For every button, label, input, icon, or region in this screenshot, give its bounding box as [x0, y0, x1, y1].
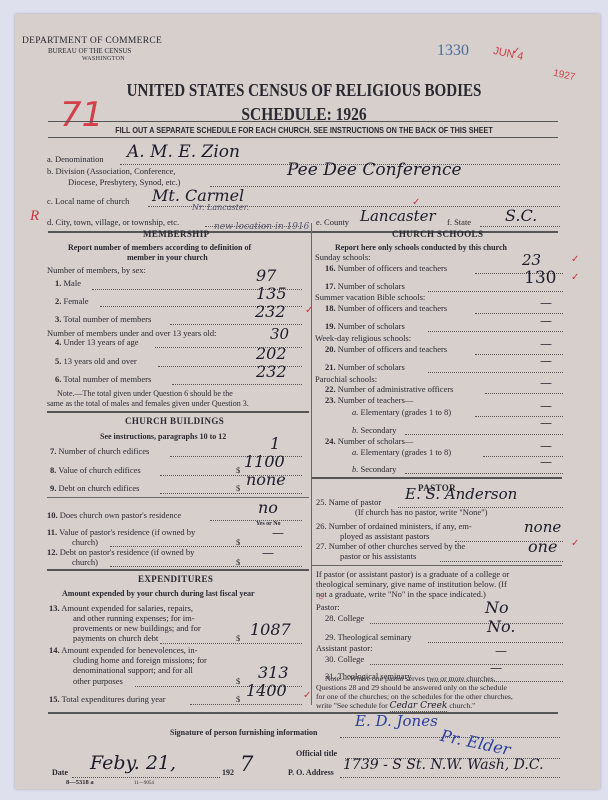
check-mark-icon: ✓	[571, 254, 579, 265]
q14-line-4: other purposes	[73, 676, 123, 686]
membership-note-2: same as the total of males and females g…	[47, 399, 249, 408]
q13-line-3: provements or new buildings; and for	[73, 623, 201, 633]
pastor-note-2: Questions 28 and 29 should be answered o…	[316, 683, 507, 692]
field-line	[160, 493, 302, 494]
summer-scholars-field[interactable]: —	[540, 314, 552, 328]
field-line	[428, 372, 563, 373]
graduate-instruction-3: not a graduate, write "No" in the space …	[316, 589, 486, 599]
field-line	[485, 393, 563, 394]
city-field[interactable]: Nr. Lancaster.	[192, 203, 249, 212]
r-mark: R	[30, 208, 39, 225]
pastor-college-field[interactable]: No	[485, 598, 509, 617]
assistant-seminary-field[interactable]: —	[490, 661, 502, 675]
year-prefix: 192	[222, 768, 234, 777]
q11-number: 11.	[47, 527, 57, 537]
edifice-value-field[interactable]: 1100	[244, 452, 285, 471]
expenditures-subtitle: Amount expended by your church during la…	[62, 589, 255, 598]
q8-label: Value of church edifices	[58, 465, 140, 475]
field-line	[428, 291, 563, 292]
bureau-label: BUREAU OF THE CENSUS	[48, 47, 131, 55]
q23b-label: Secondary	[361, 425, 397, 435]
pastor-note-1: Note.—Where one pastor serves two or mor…	[325, 674, 496, 683]
check-mark-icon: ✓	[571, 538, 579, 549]
residence-value-field[interactable]: —	[272, 526, 284, 540]
q25-label: 25. Name of pastor	[316, 497, 381, 507]
field-line	[428, 331, 563, 332]
check-mark-icon: ✓	[305, 305, 313, 316]
q19-number: 19.	[325, 321, 336, 331]
year-field[interactable]: 7	[240, 752, 253, 776]
q12-number: 12.	[47, 547, 58, 557]
buildings-title: CHURCH BUILDINGS	[125, 416, 224, 426]
check-mark-icon: ✓	[512, 46, 520, 57]
admin-officers-field[interactable]: —	[540, 376, 552, 390]
field-line	[110, 566, 302, 567]
q23a-letter: a.	[352, 407, 358, 417]
total-expenditures-field[interactable]: 1400	[246, 681, 287, 700]
column-divider	[311, 223, 312, 705]
q28-label: 28. College	[325, 613, 364, 623]
q24a-letter: a.	[352, 447, 358, 457]
membership-subtitle-2: member in your church	[127, 253, 208, 262]
q18-number: 18.	[325, 303, 336, 313]
q1-number: 1.	[55, 278, 61, 288]
q11-label-2: church)	[72, 537, 98, 547]
graduate-instruction-2: theological seminary, give name of insti…	[316, 579, 507, 589]
q15-label: Total expenditures during year	[62, 694, 166, 704]
denomination-field[interactable]: A. M. E. Zion	[127, 142, 240, 162]
q9-label: Debt on church edifices	[59, 483, 140, 493]
denomination-label: a. Denomination	[47, 154, 104, 164]
state-field[interactable]: S.C.	[505, 206, 537, 225]
circle-mark-icon: ○	[318, 592, 324, 603]
q6-number: 6.	[55, 374, 61, 384]
q21-number: 21.	[325, 362, 336, 372]
q15-number: 15.	[49, 694, 60, 704]
other-churches-field[interactable]: one	[528, 537, 557, 556]
schools-title: CHURCH SCHOOLS	[392, 229, 483, 239]
divider	[48, 712, 558, 714]
date-field[interactable]: Feby. 21,	[90, 752, 176, 774]
q23a-label: Elementary (grades 1 to 8)	[361, 407, 452, 417]
membership-title: MEMBERSHIP	[143, 229, 210, 239]
salaries-expense-field[interactable]: 1087	[250, 620, 291, 639]
q3-number: 3.	[55, 314, 61, 324]
field-line	[405, 434, 563, 435]
q25-hint: (If church has no pastor, write "None")	[355, 507, 487, 517]
signature-field[interactable]: E. D. Jones	[355, 712, 438, 730]
q14-number: 14.	[49, 645, 60, 655]
q2-number: 2.	[55, 296, 61, 306]
male-field[interactable]: 97	[256, 266, 276, 285]
church-edifices-field[interactable]: 1	[270, 434, 280, 453]
q6-label: Total number of members	[63, 374, 151, 384]
city-field-label: d. City, town, village, or township, etc…	[47, 217, 179, 227]
pastor-note-4: write "See schedule for	[316, 701, 388, 710]
divider	[48, 137, 558, 138]
check-mark-icon: ✓	[571, 272, 579, 283]
q21-label: Number of scholars	[338, 362, 405, 372]
q26-label: 26. Number of ordained ministers, if any…	[316, 521, 472, 531]
field-line	[370, 664, 563, 665]
date-label: Date	[52, 768, 68, 777]
weekday-schools-label: Week-day religious schools:	[315, 333, 411, 343]
sunday-teachers-field[interactable]: 23	[522, 251, 541, 269]
instruction-banner: FILL OUT A SEPARATE SCHEDULE FOR EACH CH…	[46, 125, 563, 135]
q24-label: Number of scholars—	[338, 436, 414, 446]
q22-label: Number of administrative officers	[338, 384, 454, 394]
field-line	[340, 777, 560, 778]
summer-schools-label: Summer vacation Bible schools:	[315, 292, 425, 302]
q10-label: Does church own pastor's residence	[60, 510, 181, 520]
q24-number: 24.	[325, 436, 336, 446]
pastor-note-4-end: church."	[449, 701, 475, 710]
q13-number: 13.	[49, 603, 60, 613]
field-line	[160, 643, 302, 644]
q9-number: 9.	[50, 483, 56, 493]
schools-subtitle: Report here only schools conducted by th…	[335, 243, 507, 252]
q23-number: 23.	[325, 395, 336, 405]
q11-label: Value of pastor's residence (if owned by	[59, 527, 195, 537]
q26-label-2: ployed as assistant pastors	[340, 531, 429, 541]
field-line	[405, 473, 563, 474]
divider	[47, 411, 309, 413]
pastor-seminary-field[interactable]: No.	[487, 617, 515, 636]
q14-line-2: cluding home and foreign missions; for	[73, 655, 207, 665]
expenditures-title: EXPENDITURES	[138, 574, 213, 584]
assistant-college-field[interactable]: —	[495, 644, 507, 658]
field-line	[480, 226, 560, 227]
owns-residence-field[interactable]: no	[258, 498, 278, 517]
official-title-label: Official title	[296, 749, 337, 758]
q14-line-3: denominational support; and for all	[73, 665, 193, 675]
field-line	[210, 186, 560, 187]
sunday-schools-label: Sunday schools:	[315, 252, 371, 262]
residence-debt-field[interactable]: —	[262, 546, 274, 560]
stamp-number: 1330	[437, 42, 469, 60]
summer-teachers-field[interactable]: —	[540, 296, 552, 310]
secondary-scholars-field[interactable]: —	[540, 455, 552, 469]
membership-subtitle: Report number of members according to de…	[68, 243, 251, 252]
q14-line-1: Amount expended for benevolences, in-	[61, 645, 197, 655]
benevolences-field[interactable]: 313	[258, 663, 289, 682]
pastor-name-field[interactable]: E. S. Anderson	[405, 485, 517, 503]
field-line	[428, 642, 563, 643]
sunday-scholars-field[interactable]: 130	[524, 268, 556, 288]
q24a-label: Elementary (grades 1 to 8)	[361, 447, 452, 457]
graduate-instruction-1: If pastor (or assistant pastor) is a gra…	[316, 569, 509, 579]
q27-label: 27. Number of other churches served by t…	[316, 541, 465, 551]
q13-line-2: and other running expenses; for im-	[73, 613, 195, 623]
q17-label: Number of scholars	[338, 281, 405, 291]
form-code: 8—5318 a	[66, 779, 94, 786]
dollar-sign: $	[236, 633, 240, 643]
q7-label: Number of church edifices	[59, 446, 150, 456]
q13-line-1: Amount expended for salaries, repairs,	[61, 603, 193, 613]
q17-number: 17.	[325, 281, 336, 291]
q7-number: 7.	[50, 446, 56, 456]
secondary-teachers-field[interactable]: —	[540, 416, 552, 430]
county-field[interactable]: Lancaster	[360, 207, 436, 225]
q20-number: 20.	[325, 344, 336, 354]
po-address-label: P. O. Address	[288, 768, 334, 777]
q16-number: 16.	[325, 263, 336, 273]
q2-label: Female	[64, 296, 89, 306]
signature-label: Signature of person furnishing informati…	[170, 728, 317, 737]
q3-label: Total number of members	[63, 314, 151, 324]
q24b-letter: b.	[352, 464, 358, 474]
q5-label: 13 years old and over	[64, 356, 137, 366]
total-members-field[interactable]: 232	[255, 302, 286, 321]
field-line	[172, 384, 302, 385]
assistant-ministers-field[interactable]: none	[524, 518, 561, 536]
q4-label: Under 13 years of age	[64, 337, 139, 347]
divider	[48, 121, 558, 122]
divider	[312, 565, 562, 566]
field-line	[440, 561, 563, 562]
field-line	[72, 777, 220, 778]
division-label: b. Division (Association, Conference,	[47, 166, 175, 176]
female-field[interactable]: 135	[256, 284, 287, 303]
dollar-sign: $	[236, 694, 240, 704]
q12-label-2: church)	[72, 557, 98, 567]
pastor-sublabel: Pastor:	[316, 602, 340, 612]
divider	[47, 569, 309, 571]
elementary-teachers-field[interactable]: —	[540, 399, 552, 413]
q30-label: 30. College	[325, 654, 364, 664]
q16-label: Number of officers and teachers	[338, 263, 447, 273]
q5-number: 5.	[55, 356, 61, 366]
q23b-letter: b.	[352, 425, 358, 435]
field-line	[370, 623, 563, 624]
q12-label: Debt on pastor's residence (if owned by	[60, 547, 195, 557]
county-label: e. County	[316, 217, 349, 227]
dollar-sign: $	[236, 465, 240, 475]
q23-label: Number of teachers—	[338, 395, 414, 405]
q22-number: 22.	[325, 384, 336, 394]
by-sex-label: Number of members, by sex:	[47, 265, 146, 275]
under-13-field[interactable]: 30	[270, 325, 289, 343]
division-field[interactable]: Pee Dee Conference	[287, 160, 462, 180]
dollar-sign: $	[236, 676, 240, 686]
q19-label: Number of scholars	[338, 321, 405, 331]
edifice-debt-field[interactable]: none	[246, 470, 286, 489]
check-mark-icon: ✓	[303, 690, 311, 701]
q27-label-2: pastor or his assistants	[340, 551, 416, 561]
total-members-2-field[interactable]: 232	[256, 362, 287, 381]
q13-line-4: payments on church debt	[73, 633, 158, 643]
assistant-sublabel: Assistant pastor:	[316, 643, 372, 653]
divider	[312, 477, 562, 479]
membership-note: new location in 1916	[214, 222, 309, 232]
form-title: UNITED STATES CENSUS OF RELIGIOUS BODIES	[43, 80, 566, 101]
weekday-scholars-field[interactable]: —	[540, 354, 552, 368]
q29-label: 29. Theological seminary	[325, 632, 411, 642]
q20-label: Number of officers and teachers	[338, 344, 447, 354]
buildings-subtitle: See instructions, paragraphs 10 to 12	[100, 432, 226, 441]
q1-label: Male	[64, 278, 81, 288]
q24b-label: Secondary	[361, 464, 397, 474]
check-mark-icon: ✓	[412, 197, 420, 208]
q18-label: Number of officers and teachers	[338, 303, 447, 313]
pastor-note-3: for one of the churches; on the schedule…	[316, 692, 513, 701]
over-13-field[interactable]: 202	[256, 344, 287, 363]
dollar-sign: $	[236, 483, 240, 493]
department-label: DEPARTMENT OF COMMERCE	[22, 36, 162, 46]
city-label: WASHINGTON	[82, 56, 125, 62]
elementary-scholars-field[interactable]: —	[540, 439, 552, 453]
field-line	[190, 704, 302, 705]
form-code-2: 11—9054	[134, 781, 154, 786]
weekday-teachers-field[interactable]: —	[540, 337, 552, 351]
po-address-field[interactable]: 1739 - S St. N.W. Wash, D.C.	[343, 757, 544, 773]
q4-number: 4.	[55, 337, 61, 347]
state-label: f. State	[447, 217, 471, 227]
q10-number: 10.	[47, 510, 58, 520]
q8-number: 8.	[50, 465, 56, 475]
parochial-schools-label: Parochial schools:	[315, 374, 377, 384]
membership-note-1: Note.—The total given under Question 6 s…	[57, 389, 233, 398]
local-name-label: c. Local name of church	[47, 196, 129, 206]
see-schedule-church-field[interactable]: Cedar Creek	[390, 701, 448, 712]
